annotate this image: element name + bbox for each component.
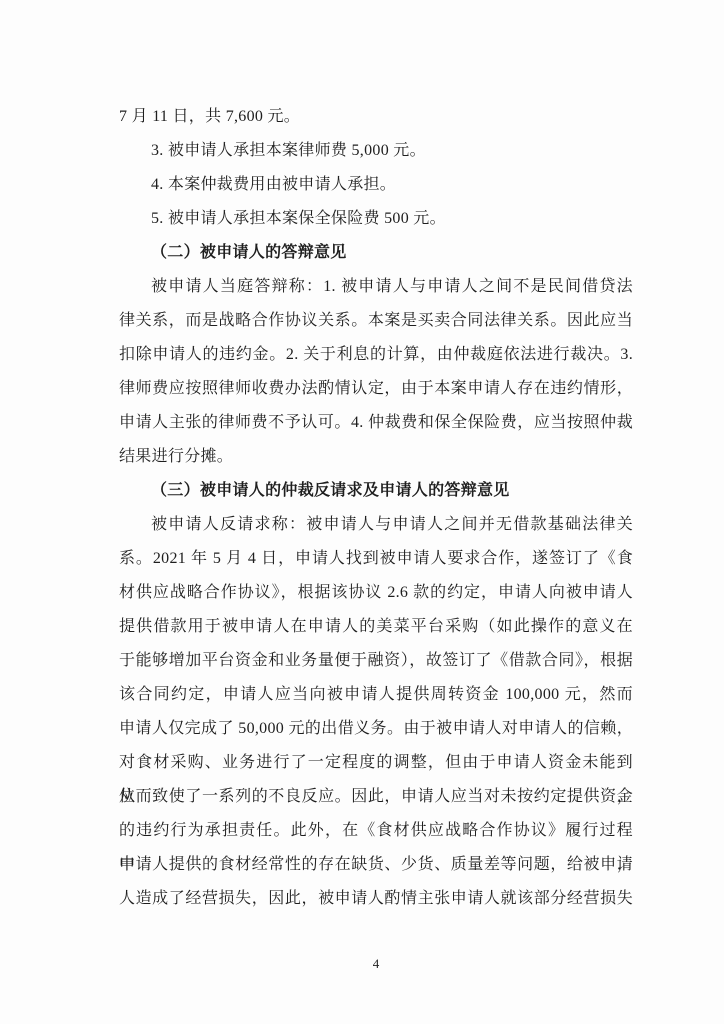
page-number: 4 (373, 956, 380, 971)
document-page: 7 月 11 日，共 7,600 元。3. 被申请人承担本案律师费 5,000 … (0, 0, 724, 1024)
section-heading: （三）被申请人的仲裁反请求及申请人的答辩意见 (119, 474, 633, 508)
section-heading: （二）被申请人的答辩意见 (119, 236, 633, 270)
text-line: 被申请人当庭答辩称：1. 被申请人与申请人之间不是民间借贷法 (119, 270, 633, 304)
text-line: 结果进行分摊。 (119, 440, 633, 474)
text-line: 4. 本案仲裁费用由被申请人承担。 (119, 168, 633, 202)
text-line: 材供应战略合作协议》，根据该协议 2.6 款的约定，申请人向被申请人 (119, 576, 633, 610)
text-line: 申请人提供的食材经常性的存在缺货、少货、质量差等问题，给被申请 (119, 848, 633, 882)
text-line: 系。2021 年 5 月 4 日，申请人找到被申请人要求合作，遂签订了《食 (119, 542, 633, 576)
text-line: 申请人主张的律师费不予认可。4. 仲裁费和保全保险费，应当按照仲裁 (119, 406, 633, 440)
text-line: 律师费应按照律师收费办法酌情认定，由于本案申请人存在违约情形， (119, 372, 633, 406)
page-footer: 4 (119, 955, 633, 973)
text-line: 提供借款用于被申请人在申请人的美菜平台采购（如此操作的意义在 (119, 610, 633, 644)
text-line: 对食材采购、业务进行了一定程度的调整，但由于申请人资金未能到位， (119, 746, 633, 780)
text-line: 5. 被申请人承担本案保全保险费 500 元。 (119, 202, 633, 236)
text-line: 人造成了经营损失，因此，被申请人酌情主张申请人就该部分经营损失 (119, 882, 633, 916)
text-line: 律关系，而是战略合作协议关系。本案是买卖合同法律关系。因此应当 (119, 304, 633, 338)
text-line: 申请人仅完成了 50,000 元的出借义务。由于被申请人对申请人的信赖， (119, 712, 633, 746)
document-body: 7 月 11 日，共 7,600 元。3. 被申请人承担本案律师费 5,000 … (119, 100, 633, 916)
text-line: 的违约行为承担责任。此外，在《食材供应战略合作协议》履行过程中， (119, 814, 633, 848)
text-line: 于能够增加平台资金和业务量便于融资），故签订了《借款合同》，根据 (119, 644, 633, 678)
text-line: 扣除申请人的违约金。2. 关于利息的计算，由仲裁庭依法进行裁决。3. (119, 338, 633, 372)
text-line: 该合同约定，申请人应当向被申请人提供周转资金 100,000 元，然而 (119, 678, 633, 712)
text-line: 3. 被申请人承担本案律师费 5,000 元。 (119, 134, 633, 168)
text-line: 被申请人反请求称：被申请人与申请人之间并无借款基础法律关 (119, 508, 633, 542)
text-line: 7 月 11 日，共 7,600 元。 (119, 100, 633, 134)
text-line: 从而致使了一系列的不良反应。因此，申请人应当对未按约定提供资金 (119, 780, 633, 814)
